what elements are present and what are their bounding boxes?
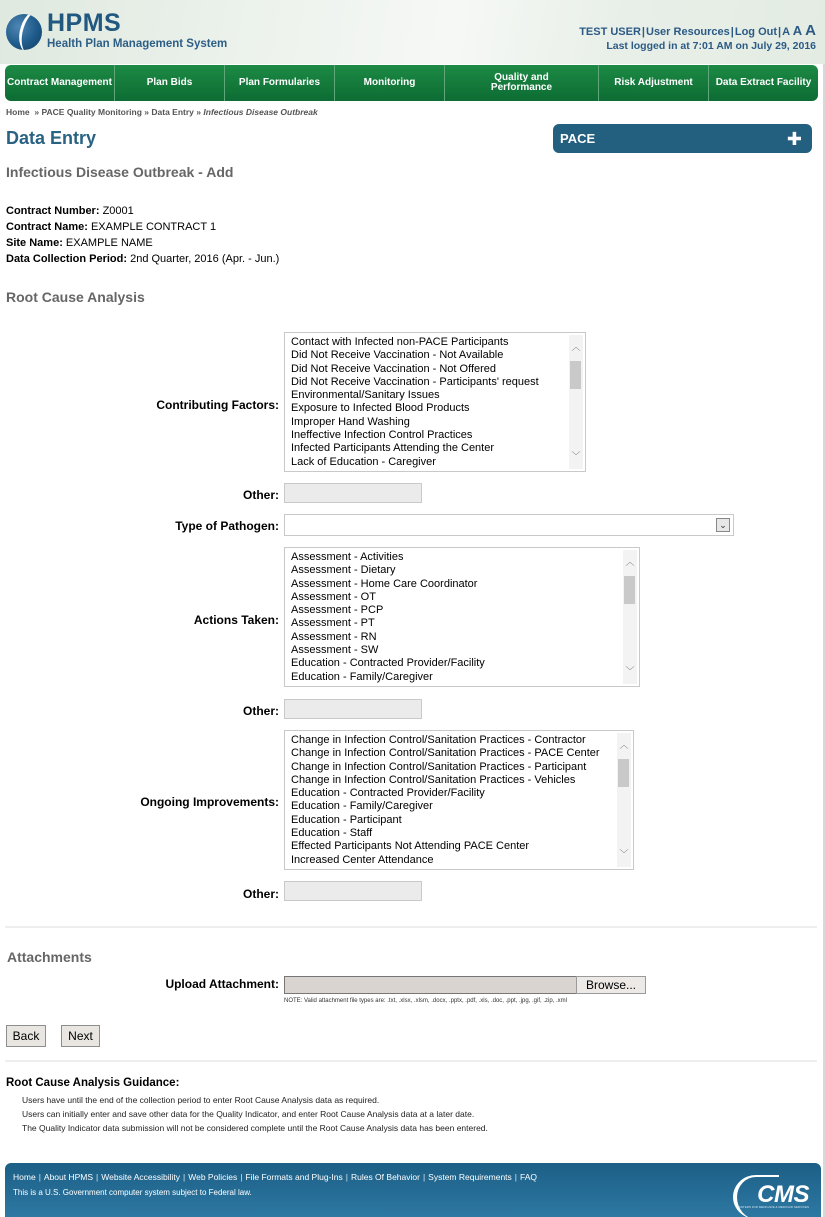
- globe-icon: [6, 14, 42, 50]
- footer-link-system-requirements[interactable]: System Requirements: [428, 1172, 512, 1182]
- contract-number-label: Contract Number:: [6, 205, 100, 217]
- footer-link-rules-of-behavior[interactable]: Rules Of Behavior: [351, 1172, 420, 1182]
- guidance-line: Users have until the end of the collecti…: [22, 1093, 488, 1107]
- action-taken-option[interactable]: Assessment - Dietary: [291, 564, 639, 577]
- nav-data-extract-facility[interactable]: Data Extract Facility: [709, 65, 818, 101]
- main-nav: Contract Management Plan Bids Plan Formu…: [5, 65, 818, 101]
- browse-button[interactable]: Browse...: [576, 976, 646, 994]
- other-label-1: Other:: [9, 488, 279, 502]
- nav-contract-management[interactable]: Contract Management: [5, 65, 115, 101]
- contributing-factor-option[interactable]: Did Not Receive Vaccination - Not Offere…: [291, 363, 585, 376]
- divider: [5, 926, 817, 928]
- action-taken-option[interactable]: Education - Family/Caregiver: [291, 671, 639, 684]
- user-resources-link[interactable]: User Resources: [646, 26, 730, 38]
- header: HPMS Health Plan Management System TEST …: [0, 0, 825, 64]
- actions-taken-other-input[interactable]: [284, 699, 422, 719]
- last-logged: Last logged in at 7:01 AM on July 29, 20…: [606, 40, 816, 52]
- scroll-down-icon[interactable]: ﹀: [569, 450, 583, 463]
- contributing-factor-option[interactable]: Improper Hand Washing: [291, 416, 585, 429]
- actions-taken-listbox[interactable]: ︿﹀ Assessment - ActivitiesAssessment - D…: [284, 547, 640, 687]
- footer-separator: |: [515, 1172, 517, 1182]
- user-links: TEST USER|User Resources|Log Out|A A A: [579, 22, 816, 39]
- footer-separator: |: [423, 1172, 425, 1182]
- pace-panel-toggle[interactable]: PACE ✚: [553, 124, 812, 153]
- breadcrumb: Home » PACE Quality Monitoring » Data En…: [6, 107, 318, 117]
- footer-separator: |: [240, 1172, 242, 1182]
- guidance-line: Users can initially enter and save other…: [22, 1107, 488, 1121]
- nav-plan-formularies[interactable]: Plan Formularies: [225, 65, 335, 101]
- scroll-up-icon[interactable]: ︿: [569, 341, 583, 354]
- contributing-factor-option[interactable]: Did Not Receive Vaccination - Not Availa…: [291, 349, 585, 362]
- action-taken-option[interactable]: Assessment - RN: [291, 631, 639, 644]
- scroll-thumb[interactable]: [618, 759, 629, 787]
- user-name: TEST USER: [579, 26, 641, 38]
- scroll-thumb[interactable]: [624, 576, 635, 604]
- scroll-thumb[interactable]: [570, 361, 581, 389]
- ongoing-improvement-option[interactable]: Education - Staff: [291, 827, 633, 840]
- contributing-factors-label: Contributing Factors:: [9, 398, 279, 412]
- actions-taken-label: Actions Taken:: [9, 613, 279, 627]
- logo-subtitle: Health Plan Management System: [47, 38, 227, 50]
- contributing-factors-listbox[interactable]: ︿﹀ Contact with Infected non-PACE Partic…: [284, 332, 586, 472]
- ongoing-improvement-option[interactable]: Effected Participants Not Attending PACE…: [291, 840, 633, 853]
- pathogen-select[interactable]: ⌄: [284, 514, 734, 536]
- breadcrumb-home[interactable]: Home: [6, 107, 30, 117]
- scroll-down-icon[interactable]: ﹀: [623, 665, 637, 678]
- ongoing-improvement-option[interactable]: Education - Participant: [291, 814, 633, 827]
- form-subtitle: Infectious Disease Outbreak - Add: [6, 164, 233, 180]
- action-taken-option[interactable]: Assessment - Activities: [291, 551, 639, 564]
- hpms-logo[interactable]: HPMS Health Plan Management System: [6, 11, 216, 53]
- contract-name: EXAMPLE CONTRACT 1: [91, 221, 216, 233]
- footer-link-web-policies[interactable]: Web Policies: [188, 1172, 237, 1182]
- action-taken-option[interactable]: Assessment - OT: [291, 591, 639, 604]
- scrollbar[interactable]: ︿﹀: [623, 550, 637, 684]
- footer: Home|About HPMS|Website Accessibility|We…: [5, 1163, 821, 1217]
- breadcrumb-data-entry[interactable]: Data Entry: [151, 107, 194, 117]
- cms-logo: CMS CENTERS FOR MEDICARE & MEDICAID SERV…: [729, 1175, 809, 1209]
- guidance-title: Root Cause Analysis Guidance:: [6, 1077, 179, 1089]
- pathogen-label: Type of Pathogen:: [9, 519, 279, 533]
- scrollbar[interactable]: ︿﹀: [617, 733, 631, 867]
- footer-separator: |: [183, 1172, 185, 1182]
- contributing-factor-option[interactable]: Ineffective Infection Control Practices: [291, 429, 585, 442]
- scrollbar[interactable]: ︿﹀: [569, 335, 583, 469]
- footer-separator: |: [96, 1172, 98, 1182]
- site-name: EXAMPLE NAME: [66, 237, 153, 249]
- upload-file-path[interactable]: [284, 976, 576, 994]
- footer-separator: |: [39, 1172, 41, 1182]
- footer-link-file-formats-and-plug-ins[interactable]: File Formats and Plug-Ins: [245, 1172, 342, 1182]
- footer-link-home[interactable]: Home: [13, 1172, 36, 1182]
- data-collection-period: 2nd Quarter, 2016 (Apr. - Jun.): [130, 253, 279, 265]
- nav-monitoring[interactable]: Monitoring: [335, 65, 445, 101]
- nav-plan-bids[interactable]: Plan Bids: [115, 65, 225, 101]
- breadcrumb-separator: »: [144, 107, 149, 117]
- cms-logo-tagline: CENTERS FOR MEDICARE & MEDICAID SERVICES: [737, 1205, 809, 1209]
- pace-panel-label: PACE: [560, 131, 595, 146]
- ongoing-improvement-option[interactable]: Change in Infection Control/Sanitation P…: [291, 774, 633, 787]
- page-title: Data Entry: [6, 128, 96, 149]
- footer-link-website-accessibility[interactable]: Website Accessibility: [101, 1172, 180, 1182]
- breadcrumb-pace-quality[interactable]: PACE Quality Monitoring: [41, 107, 141, 117]
- ongoing-improvements-label: Ongoing Improvements:: [9, 795, 279, 809]
- other-label-3: Other:: [9, 887, 279, 901]
- guidance-line: The Quality Indicator data submission wi…: [22, 1121, 488, 1135]
- breadcrumb-separator: »: [34, 107, 39, 117]
- action-taken-option[interactable]: Assessment - Home Care Coordinator: [291, 578, 639, 591]
- ongoing-improvements-listbox[interactable]: ︿﹀ Change in Infection Control/Sanitatio…: [284, 730, 634, 870]
- log-out-link[interactable]: Log Out: [735, 26, 777, 38]
- contributing-factor-option[interactable]: Exposure to Infected Blood Products: [291, 402, 585, 415]
- breadcrumb-current: Infectious Disease Outbreak: [203, 107, 317, 117]
- breadcrumb-separator: »: [196, 107, 201, 117]
- divider: [5, 1060, 817, 1062]
- font-size-large[interactable]: A: [805, 22, 816, 39]
- upload-attachment-label: Upload Attachment:: [9, 977, 279, 991]
- nav-quality-performance[interactable]: Quality and Performance: [445, 65, 599, 101]
- ongoing-improvements-other-input[interactable]: [284, 881, 422, 901]
- nav-risk-adjustment[interactable]: Risk Adjustment: [599, 65, 709, 101]
- action-taken-option[interactable]: Assessment - PT: [291, 617, 639, 630]
- upload-attachment-input[interactable]: Browse...: [284, 976, 646, 994]
- plus-icon: ✚: [787, 130, 802, 148]
- contributing-factors-other-input[interactable]: [284, 483, 422, 503]
- contract-info: Contract Number: Z0001 Contract Name: EX…: [6, 203, 279, 267]
- font-size-medium[interactable]: A: [793, 23, 802, 38]
- ongoing-improvement-option[interactable]: Increased Center Attendance: [291, 854, 633, 867]
- site-name-label: Site Name:: [6, 237, 63, 249]
- ongoing-improvement-option[interactable]: Change in Infection Control/Sanitation P…: [291, 734, 633, 747]
- footer-links: Home|About HPMS|Website Accessibility|We…: [13, 1172, 537, 1182]
- other-label-2: Other:: [9, 704, 279, 718]
- logo-title: HPMS: [47, 9, 121, 38]
- chevron-down-icon[interactable]: ⌄: [716, 518, 730, 532]
- ongoing-improvement-option[interactable]: Education - Family/Caregiver: [291, 800, 633, 813]
- ongoing-improvement-option[interactable]: Change in Infection Control/Sanitation P…: [291, 761, 633, 774]
- footer-link-about-hpms[interactable]: About HPMS: [44, 1172, 93, 1182]
- footer-link-faq[interactable]: FAQ: [520, 1172, 537, 1182]
- contributing-factor-option[interactable]: Contact with Infected non-PACE Participa…: [291, 336, 585, 349]
- action-taken-option[interactable]: Assessment - SW: [291, 644, 639, 657]
- scroll-down-icon[interactable]: ﹀: [617, 848, 631, 861]
- ongoing-improvement-option[interactable]: Change in Infection Control/Sanitation P…: [291, 747, 633, 760]
- footer-separator: |: [346, 1172, 348, 1182]
- font-size-small[interactable]: A: [782, 26, 790, 38]
- file-types-note: NOTE: Valid attachment file types are: .…: [284, 998, 567, 1004]
- scroll-up-icon[interactable]: ︿: [617, 739, 631, 752]
- ongoing-improvement-option[interactable]: Education - Contracted Provider/Facility: [291, 787, 633, 800]
- back-button[interactable]: Back: [6, 1025, 46, 1047]
- scroll-up-icon[interactable]: ︿: [623, 556, 637, 569]
- contributing-factor-option[interactable]: Lack of Education - Caregiver: [291, 456, 585, 469]
- next-button[interactable]: Next: [61, 1025, 100, 1047]
- period-label: Data Collection Period:: [6, 253, 127, 265]
- guidance-text: Users have until the end of the collecti…: [22, 1093, 488, 1135]
- contributing-factor-option[interactable]: Did Not Receive Vaccination - Participan…: [291, 376, 585, 389]
- contributing-factor-option[interactable]: Infected Participants Attending the Cent…: [291, 442, 585, 455]
- contract-name-label: Contract Name:: [6, 221, 88, 233]
- rca-section-title: Root Cause Analysis: [6, 289, 145, 305]
- contributing-factor-option[interactable]: Environmental/Sanitary Issues: [291, 389, 585, 402]
- action-taken-option[interactable]: Education - Contracted Provider/Facility: [291, 657, 639, 670]
- contract-number: Z0001: [103, 205, 134, 217]
- attachments-section-title: Attachments: [7, 949, 92, 965]
- footer-notice: This is a U.S. Government computer syste…: [13, 1188, 252, 1197]
- action-taken-option[interactable]: Assessment - PCP: [291, 604, 639, 617]
